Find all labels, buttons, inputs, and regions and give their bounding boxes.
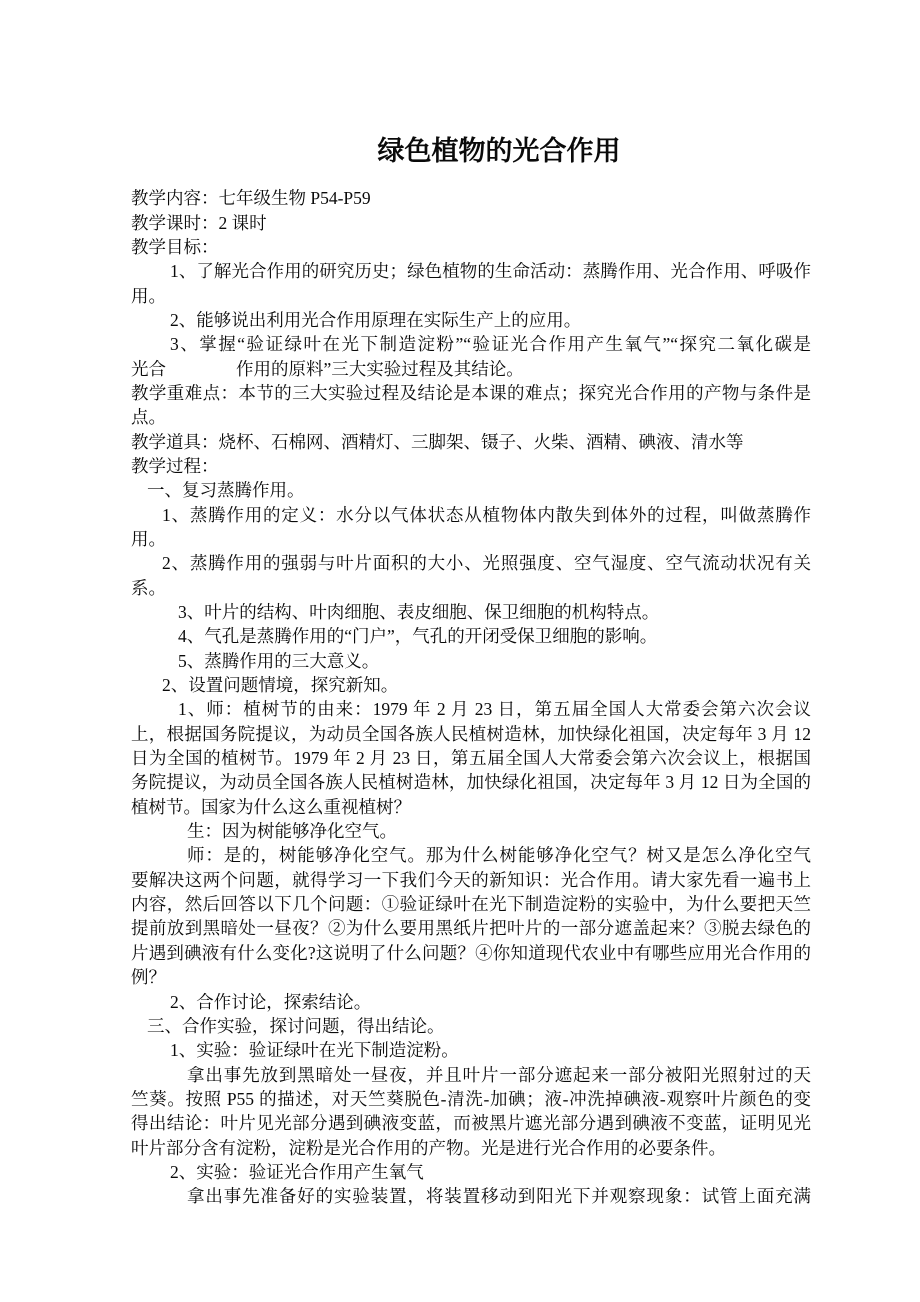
text-line: 教学内容：七年级生物 P54-P59 — [131, 186, 811, 210]
text-line: 1、实验：验证绿叶在光下制造淀粉。 — [131, 1038, 811, 1062]
text-line: 1、师：植树节的由来：1979 年 2 月 23 日，第五届全国人大常委会第六次… — [131, 697, 811, 721]
text-line: 教学道具：烧杯、石棉网、酒精灯、三脚架、镊子、火柴、酒精、碘液、清水等 — [131, 430, 811, 454]
text-line: 教学课时：2 课时 — [131, 211, 811, 235]
text-line: 片遇到碘液有什么变化?这说明了什么问题？④你知道现代农业中有哪些应用光合作用的实 — [131, 941, 811, 965]
text-line: 2、能够说出利用光合作用原理在实际生产上的应用。 — [131, 308, 811, 332]
text-line: 2、合作讨论，探索结论。 — [131, 990, 811, 1014]
text-line: 1、蒸腾作用的定义：水分以气体状态从植物体内散失到体外的过程，叫做蒸腾作 — [131, 503, 811, 527]
text-line: 竺葵。按照 P55 的描述，对天竺葵脱色-清洗-加碘；液-冲洗掉碘液-观察叶片颜… — [131, 1087, 811, 1111]
text-line: 系。 — [131, 576, 811, 600]
text-line: 2、实验：验证光合作用产生氧气 — [131, 1160, 811, 1184]
text-line: 用。 — [131, 527, 811, 551]
text-line: 提前放到黑暗处一昼夜？②为什么要用黑纸片把叶片的一部分遮盖起来？③脱去绿色的叶 — [131, 916, 811, 940]
text-line: 拿出事先准备好的实验装置，将装置移动到阳光下并观察现象：试管上面充满 — [131, 1184, 811, 1208]
text-line: 2、设置问题情境，探究新知。 — [131, 673, 811, 697]
document-page: 绿色植物的光合作用 教学内容：七年级生物 P54-P59教学课时：2 课时教学目… — [0, 0, 920, 1302]
text-line: 点。 — [131, 405, 811, 429]
text-line: 用。 — [131, 284, 811, 308]
text-line: 叶片部分含有淀粉，淀粉是光合作用的产物。光是进行光合作用的必要条件。 — [131, 1136, 811, 1160]
text-line: 教学目标： — [131, 235, 811, 259]
text-line: 日为全国的植树节。1979 年 2 月 23 日，第五届全国人大常委会第六次会议… — [131, 746, 811, 770]
text-line: 师：是的，树能够净化空气。那为什么树能够净化空气？树又是怎么净化空气的？ — [131, 843, 811, 867]
text-line: 上，根据国务院提议，为动员全国各族人民植树造林，加快绿化祖国，决定每年 3 月 … — [131, 722, 811, 746]
text-line: 3、叶片的结构、叶肉细胞、表皮细胞、保卫细胞的机构特点。 — [131, 600, 811, 624]
text-line: 1、了解光合作用的研究历史；绿色植物的生命活动：蒸腾作用、光合作用、呼吸作 — [131, 259, 811, 283]
text-line: 得出结论：叶片见光部分遇到碘液变蓝，而被黑片遮光部分遇到碘液不变蓝，证明见光的 — [131, 1111, 811, 1135]
text-line: 4、气孔是蒸腾作用的“门户”，气孔的开闭受保卫细胞的影响。 — [131, 624, 811, 648]
text-line: 要解决这两个问题，就得学习一下我们今天的新知识：光合作用。请大家先看一遍书上的 — [131, 868, 811, 892]
document-body: 教学内容：七年级生物 P54-P59教学课时：2 课时教学目标：1、了解光合作用… — [131, 186, 811, 1208]
document-title: 绿色植物的光合作用 — [159, 134, 839, 168]
text-line: 生：因为树能够净化空气。 — [131, 819, 811, 843]
text-line: 例？ — [131, 965, 811, 989]
text-line: 3、掌握“验证绿叶在光下制造淀粉”“验证光合作用产生氧气”“探究二氧化碳是 — [131, 332, 811, 356]
text-line: 拿出事先放到黑暗处一昼夜，并且叶片一部分遮起来一部分被阳光照射过的天 — [131, 1063, 811, 1087]
text-line: 三、合作实验，探讨问题，得出结论。 — [131, 1014, 811, 1038]
text-line: 一、复习蒸腾作用。 — [131, 478, 811, 502]
text-line: 内容，然后回答以下几个问题：①验证绿叶在光下制造淀粉的实验中，为什么要把天竺葵 — [131, 892, 811, 916]
text-line: 植树节。国家为什么这么重视植树？ — [131, 795, 811, 819]
document-content: 绿色植物的光合作用 教学内容：七年级生物 P54-P59教学课时：2 课时教学目… — [131, 116, 811, 1209]
text-line: 光合 作用的原料”三大实验过程及其结论。 — [131, 357, 811, 381]
text-line: 务院提议，为动员全国各族人民植树造林，加快绿化祖国，决定每年 3 月 12 日为… — [131, 770, 811, 794]
text-line: 教学过程： — [131, 454, 811, 478]
text-line: 2、蒸腾作用的强弱与叶片面积的大小、光照强度、空气湿度、空气流动状况有关 — [131, 551, 811, 575]
text-line: 5、蒸腾作用的三大意义。 — [131, 649, 811, 673]
text-line: 教学重难点：本节的三大实验过程及结论是本课的难点；探究光合作用的产物与条件是重 — [131, 381, 811, 405]
